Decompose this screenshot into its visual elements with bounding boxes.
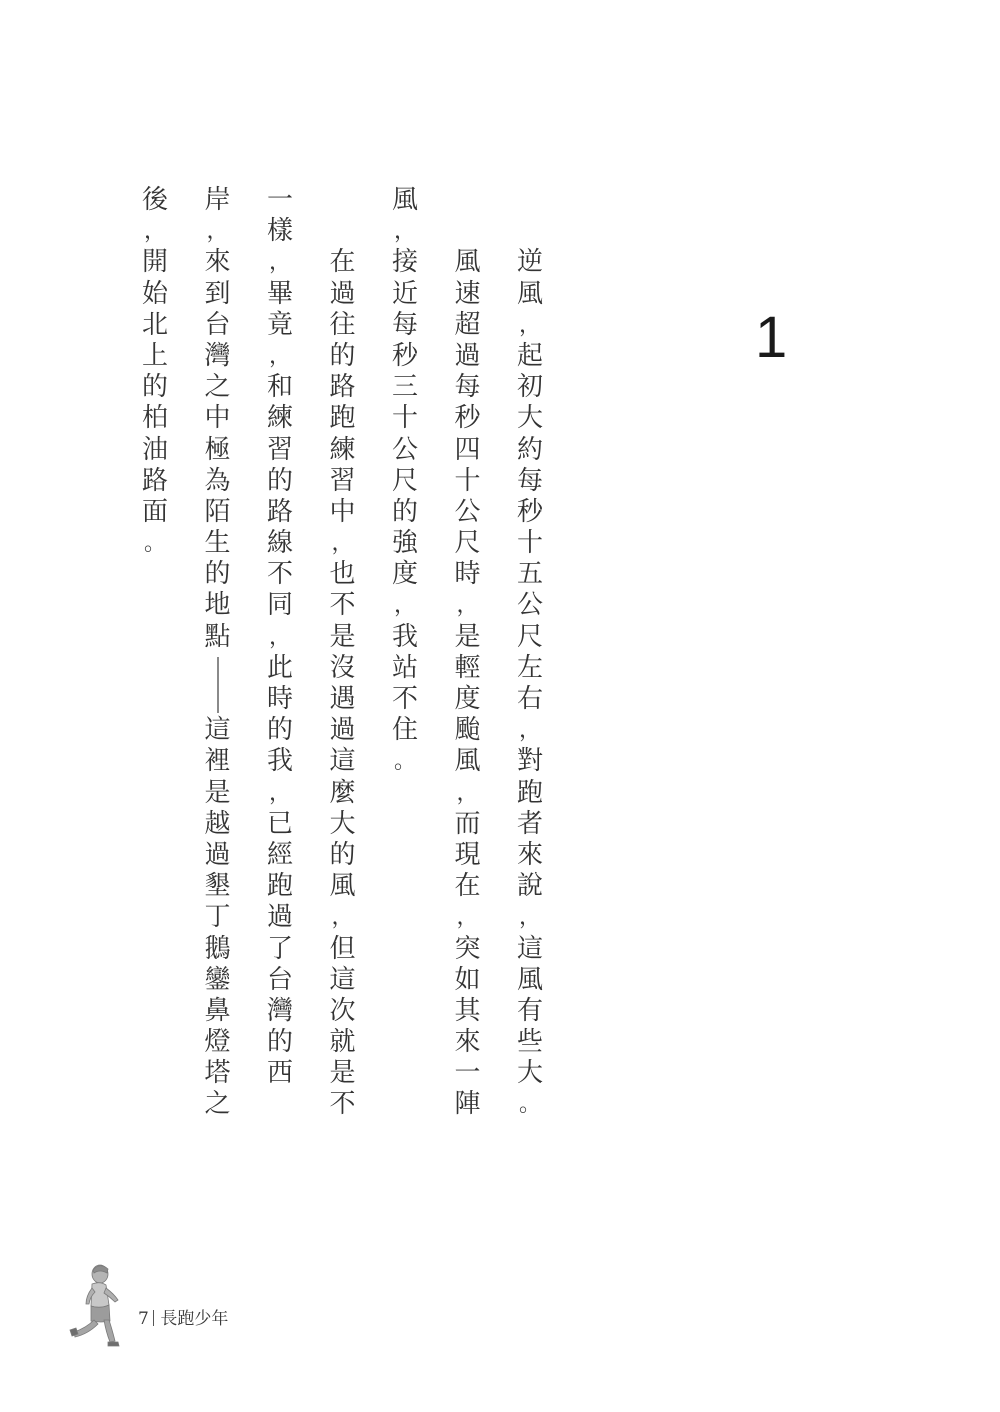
character: 麼 bbox=[326, 778, 360, 809]
character: 的 bbox=[388, 497, 422, 528]
character: 的 bbox=[326, 840, 360, 871]
punctuation: ， bbox=[451, 778, 485, 809]
character: 為 bbox=[201, 466, 235, 497]
page-number: 7 bbox=[138, 1309, 149, 1329]
text-column: 一樣，畢竟，和練習的路線不同，此時的我，已經跑過了台灣的西 bbox=[263, 185, 297, 1089]
character: 時 bbox=[451, 559, 485, 590]
character: 說 bbox=[513, 871, 547, 902]
character: 同 bbox=[263, 590, 297, 621]
character: 樣 bbox=[263, 216, 297, 247]
character: 尺 bbox=[451, 528, 485, 559]
character: 上 bbox=[138, 341, 172, 372]
punctuation: ， bbox=[326, 902, 360, 933]
character: 左 bbox=[513, 653, 547, 684]
character: 油 bbox=[138, 435, 172, 466]
character: 竟 bbox=[263, 310, 297, 341]
punctuation: ， bbox=[451, 590, 485, 621]
punctuation: 。 bbox=[388, 746, 422, 777]
character: 練 bbox=[263, 403, 297, 434]
text-column: 逆風，起初大約每秒十五公尺左右，對跑者來說，這風有些大。 bbox=[513, 247, 547, 1120]
character: 大 bbox=[326, 809, 360, 840]
character: 每 bbox=[513, 466, 547, 497]
punctuation: ， bbox=[451, 902, 485, 933]
footer-label: 7長跑少年 bbox=[138, 1304, 228, 1329]
character: 站 bbox=[388, 653, 422, 684]
character: 些 bbox=[513, 1027, 547, 1058]
character: 開 bbox=[138, 247, 172, 278]
character: 是 bbox=[326, 622, 360, 653]
character: 習 bbox=[263, 435, 297, 466]
footer-separator bbox=[153, 1310, 155, 1326]
character: 燈 bbox=[201, 1027, 235, 1058]
text-column: 後，開始北上的柏油路面。 bbox=[138, 185, 172, 559]
character: 墾 bbox=[201, 871, 235, 902]
character: 者 bbox=[513, 809, 547, 840]
page-footer: 7長跑少年 bbox=[66, 1262, 266, 1352]
character: 時 bbox=[263, 684, 297, 715]
character: 公 bbox=[513, 590, 547, 621]
character: 鑾 bbox=[201, 965, 235, 996]
character: 陌 bbox=[201, 497, 235, 528]
character: 如 bbox=[451, 965, 485, 996]
character: 之 bbox=[201, 372, 235, 403]
character: 台 bbox=[263, 965, 297, 996]
character: 和 bbox=[263, 372, 297, 403]
punctuation: ， bbox=[263, 341, 297, 372]
character: 有 bbox=[513, 996, 547, 1027]
character: 的 bbox=[263, 466, 297, 497]
character: 度 bbox=[451, 684, 485, 715]
book-page: 1 逆風，起初大約每秒十五公尺左右，對跑者來說，這風有些大。風速超過每秒四十公尺… bbox=[0, 0, 1000, 1412]
character: 越 bbox=[201, 809, 235, 840]
character: 右 bbox=[513, 684, 547, 715]
character: 的 bbox=[326, 341, 360, 372]
character: 這 bbox=[513, 934, 547, 965]
character: 中 bbox=[326, 497, 360, 528]
text-column: 在過往的路跑練習中，也不是沒遇過這麼大的風，但這次就是不 bbox=[326, 247, 360, 1120]
character: 也 bbox=[326, 559, 360, 590]
character: 三 bbox=[388, 372, 422, 403]
character: 在 bbox=[326, 247, 360, 278]
character: 已 bbox=[263, 809, 297, 840]
character: 後 bbox=[138, 185, 172, 216]
punctuation: ， bbox=[263, 778, 297, 809]
character: 岸 bbox=[201, 185, 235, 216]
character: 往 bbox=[326, 310, 360, 341]
character: 經 bbox=[263, 840, 297, 871]
punctuation: ， bbox=[388, 216, 422, 247]
character: 而 bbox=[451, 809, 485, 840]
character: 在 bbox=[451, 871, 485, 902]
text-column: 風，接近每秒三十公尺的強度，我站不住。 bbox=[388, 185, 422, 778]
character: 鼻 bbox=[201, 996, 235, 1027]
character: 尺 bbox=[388, 466, 422, 497]
character: 跑 bbox=[326, 403, 360, 434]
character: 大 bbox=[513, 1058, 547, 1089]
character: 陣 bbox=[451, 1089, 485, 1120]
character: 每 bbox=[388, 310, 422, 341]
punctuation: 。 bbox=[513, 1089, 547, 1120]
character: 來 bbox=[201, 247, 235, 278]
character: 柏 bbox=[138, 403, 172, 434]
character: 來 bbox=[451, 1027, 485, 1058]
character: 點 bbox=[201, 622, 235, 653]
character: 不 bbox=[326, 590, 360, 621]
character: 一 bbox=[263, 185, 297, 216]
character: 面 bbox=[138, 497, 172, 528]
character: 超 bbox=[451, 310, 485, 341]
character: 強 bbox=[388, 528, 422, 559]
character: 五 bbox=[513, 559, 547, 590]
character: 尺 bbox=[513, 622, 547, 653]
character: 是 bbox=[201, 778, 235, 809]
character: 颱 bbox=[451, 715, 485, 746]
character: 風 bbox=[513, 279, 547, 310]
character: 始 bbox=[138, 279, 172, 310]
character: 是 bbox=[326, 1058, 360, 1089]
character: 練 bbox=[326, 435, 360, 466]
character: 了 bbox=[263, 934, 297, 965]
character: 近 bbox=[388, 279, 422, 310]
character: 住 bbox=[388, 715, 422, 746]
punctuation: ， bbox=[513, 715, 547, 746]
character: 起 bbox=[513, 341, 547, 372]
character: 到 bbox=[201, 279, 235, 310]
character: 裡 bbox=[201, 746, 235, 777]
character: 路 bbox=[138, 466, 172, 497]
character: 跑 bbox=[263, 871, 297, 902]
punctuation: ， bbox=[263, 622, 297, 653]
running-boy-icon bbox=[66, 1262, 126, 1352]
character: 台 bbox=[201, 310, 235, 341]
punctuation: ， bbox=[138, 216, 172, 247]
character: 其 bbox=[451, 996, 485, 1027]
character: 不 bbox=[326, 1089, 360, 1120]
punctuation: ， bbox=[513, 310, 547, 341]
character: 度 bbox=[388, 559, 422, 590]
character: 過 bbox=[326, 279, 360, 310]
character: 這 bbox=[326, 965, 360, 996]
character: 西 bbox=[263, 1058, 297, 1089]
character: 不 bbox=[263, 559, 297, 590]
book-title: 長跑少年 bbox=[160, 1309, 228, 1329]
character: 對 bbox=[513, 746, 547, 777]
character: 風 bbox=[326, 871, 360, 902]
character: 這 bbox=[201, 715, 235, 746]
character: 生 bbox=[201, 528, 235, 559]
character: 此 bbox=[263, 653, 297, 684]
character: 輕 bbox=[451, 653, 485, 684]
character: 灣 bbox=[263, 996, 297, 1027]
character: 我 bbox=[388, 622, 422, 653]
text-column: 風速超過每秒四十公尺時，是輕度颱風，而現在，突如其來一陣 bbox=[451, 247, 485, 1120]
character: 來 bbox=[513, 840, 547, 871]
punctuation: ， bbox=[388, 590, 422, 621]
character: 的 bbox=[263, 715, 297, 746]
character: 北 bbox=[138, 310, 172, 341]
character: 是 bbox=[451, 622, 485, 653]
character: 塔 bbox=[201, 1058, 235, 1089]
character: 四 bbox=[451, 435, 485, 466]
character: 速 bbox=[451, 279, 485, 310]
character: 接 bbox=[388, 247, 422, 278]
character: 初 bbox=[513, 372, 547, 403]
punctuation: ， bbox=[263, 247, 297, 278]
character: 突 bbox=[451, 934, 485, 965]
character: 公 bbox=[451, 497, 485, 528]
chapter-number: 1 bbox=[755, 306, 787, 370]
character: 一 bbox=[451, 1058, 485, 1089]
character: 極 bbox=[201, 435, 235, 466]
punctuation: ， bbox=[201, 216, 235, 247]
character: 中 bbox=[201, 403, 235, 434]
character: 十 bbox=[513, 528, 547, 559]
character: 就 bbox=[326, 1027, 360, 1058]
character: 風 bbox=[513, 965, 547, 996]
character: 我 bbox=[263, 746, 297, 777]
character: 這 bbox=[326, 746, 360, 777]
character: 線 bbox=[263, 528, 297, 559]
character: 路 bbox=[326, 372, 360, 403]
character: 路 bbox=[263, 497, 297, 528]
punctuation: 。 bbox=[138, 528, 172, 559]
character: 過 bbox=[326, 715, 360, 746]
character: 之 bbox=[201, 1089, 235, 1120]
character: 地 bbox=[201, 590, 235, 621]
character: 約 bbox=[513, 435, 547, 466]
character: 的 bbox=[201, 559, 235, 590]
character: 十 bbox=[451, 466, 485, 497]
character: 秒 bbox=[451, 403, 485, 434]
character: 但 bbox=[326, 934, 360, 965]
character: 風 bbox=[451, 247, 485, 278]
character: 鵝 bbox=[201, 934, 235, 965]
character: 每 bbox=[451, 372, 485, 403]
character: 遇 bbox=[326, 684, 360, 715]
character: 次 bbox=[326, 996, 360, 1027]
character: 畢 bbox=[263, 279, 297, 310]
character: 現 bbox=[451, 840, 485, 871]
em-dash bbox=[201, 653, 235, 715]
character: 十 bbox=[388, 403, 422, 434]
character: 逆 bbox=[513, 247, 547, 278]
character: 秒 bbox=[388, 341, 422, 372]
character: 風 bbox=[451, 746, 485, 777]
character: 沒 bbox=[326, 653, 360, 684]
character: 風 bbox=[388, 185, 422, 216]
character: 不 bbox=[388, 684, 422, 715]
punctuation: ， bbox=[326, 528, 360, 559]
character: 公 bbox=[388, 435, 422, 466]
character: 過 bbox=[451, 341, 485, 372]
character: 過 bbox=[201, 840, 235, 871]
character: 過 bbox=[263, 902, 297, 933]
text-column: 岸，來到台灣之中極為陌生的地點這裡是越過墾丁鵝鑾鼻燈塔之 bbox=[201, 185, 235, 1121]
character: 的 bbox=[138, 372, 172, 403]
character: 秒 bbox=[513, 497, 547, 528]
character: 跑 bbox=[513, 778, 547, 809]
punctuation: ， bbox=[513, 902, 547, 933]
character: 大 bbox=[513, 403, 547, 434]
character: 灣 bbox=[201, 341, 235, 372]
character: 習 bbox=[326, 466, 360, 497]
character: 的 bbox=[263, 1027, 297, 1058]
character: 丁 bbox=[201, 902, 235, 933]
